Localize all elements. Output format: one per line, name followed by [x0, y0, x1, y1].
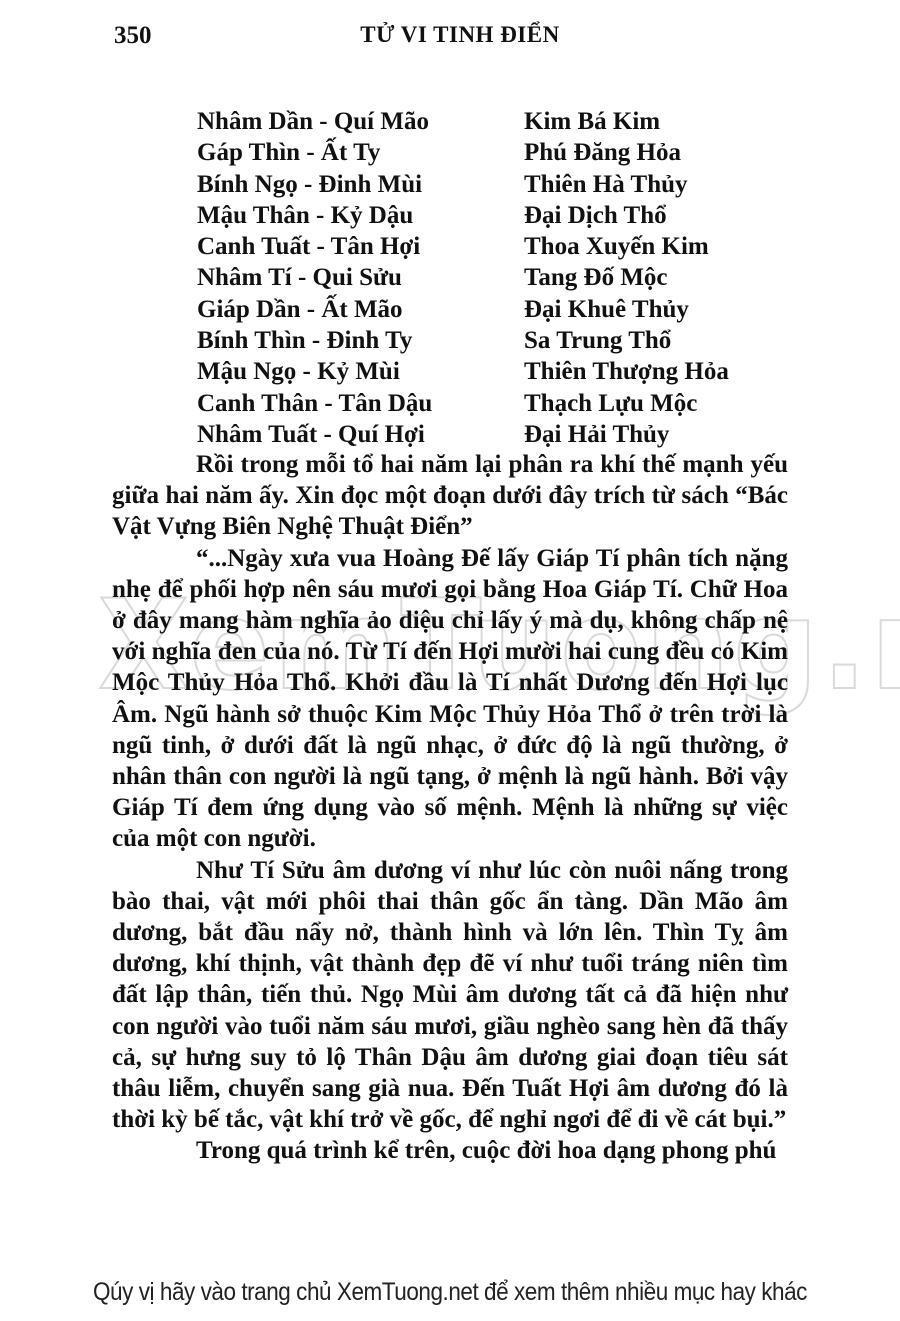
table-row: Canh Tuất - Tân HợiThoa Xuyến Kim [197, 231, 757, 262]
table-row: Nhâm Tí - Qui SửuTang Đố Mộc [197, 262, 757, 293]
paragraph-closing: Trong quá trình kể trên, cuộc đời hoa dạ… [112, 1135, 788, 1166]
element-name: Kim Bá Kim [524, 106, 660, 137]
year-element-table: Nhâm Dần - Quí MãoKim Bá Kim Gáp Thìn - … [197, 106, 757, 450]
body-text: Rồi trong mỗi tổ hai năm lại phân ra khí… [112, 449, 788, 1167]
year-pair: Nhâm Tí - Qui Sửu [197, 262, 524, 293]
year-pair: Giáp Dần - Ất Mão [197, 294, 524, 325]
element-name: Đại Dịch Thổ [524, 200, 667, 231]
table-row: Canh Thân - Tân DậuThạch Lựu Mộc [197, 388, 757, 419]
element-name: Tang Đố Mộc [524, 262, 668, 293]
element-name: Đại Hải Thủy [524, 419, 669, 450]
year-pair: Canh Thân - Tân Dậu [197, 388, 524, 419]
table-row: Nhâm Dần - Quí MãoKim Bá Kim [197, 106, 757, 137]
element-name: Thạch Lựu Mộc [524, 388, 697, 419]
year-pair: Bính Ngọ - Đinh Mùi [197, 169, 524, 200]
year-pair: Bính Thìn - Đinh Ty [197, 325, 524, 356]
paragraph-intro: Rồi trong mỗi tổ hai năm lại phân ra khí… [112, 449, 788, 543]
year-pair: Mậu Ngọ - Kỷ Mùi [197, 356, 524, 387]
running-title: TỬ VI TINH ĐIỂN [0, 22, 900, 48]
element-name: Đại Khuê Thủy [524, 294, 689, 325]
year-pair: Nhâm Dần - Quí Mão [197, 106, 524, 137]
paragraph-quote: “...Ngày xưa vua Hoàng Đế lấy Giáp Tí ph… [112, 543, 788, 855]
site-link[interactable]: XemTuong.net [337, 1278, 478, 1306]
element-name: Thiên Hà Thủy [524, 169, 688, 200]
element-name: Thoa Xuyến Kim [524, 231, 709, 262]
paragraph-cycle: Như Tí Sửu âm dương ví như lúc còn nuôi … [112, 855, 788, 1136]
footer-prefix: Qúy vị hãy vào trang chủ [93, 1278, 337, 1306]
table-row: Giáp Dần - Ất MãoĐại Khuê Thủy [197, 294, 757, 325]
table-row: Bính Ngọ - Đinh MùiThiên Hà Thủy [197, 169, 757, 200]
element-name: Phú Đăng Hỏa [524, 137, 681, 168]
year-pair: Mậu Thân - Kỷ Dậu [197, 200, 524, 231]
footer-banner: Qúy vị hãy vào trang chủ XemTuong.net để… [45, 1278, 855, 1307]
footer-suffix: để xem thêm nhiều mục hay khác [478, 1278, 807, 1306]
year-pair: Gáp Thìn - Ất Ty [197, 137, 524, 168]
table-row: Mậu Thân - Kỷ DậuĐại Dịch Thổ [197, 200, 757, 231]
table-row: Nhâm Tuất - Quí HợiĐại Hải Thủy [197, 419, 757, 450]
table-row: Bính Thìn - Đinh TySa Trung Thổ [197, 325, 757, 356]
year-pair: Nhâm Tuất - Quí Hợi [197, 419, 524, 450]
element-name: Sa Trung Thổ [524, 325, 671, 356]
table-row: Gáp Thìn - Ất TyPhú Đăng Hỏa [197, 137, 757, 168]
table-row: Mậu Ngọ - Kỷ MùiThiên Thượng Hỏa [197, 356, 757, 387]
year-pair: Canh Tuất - Tân Hợi [197, 231, 524, 262]
element-name: Thiên Thượng Hỏa [524, 356, 729, 387]
